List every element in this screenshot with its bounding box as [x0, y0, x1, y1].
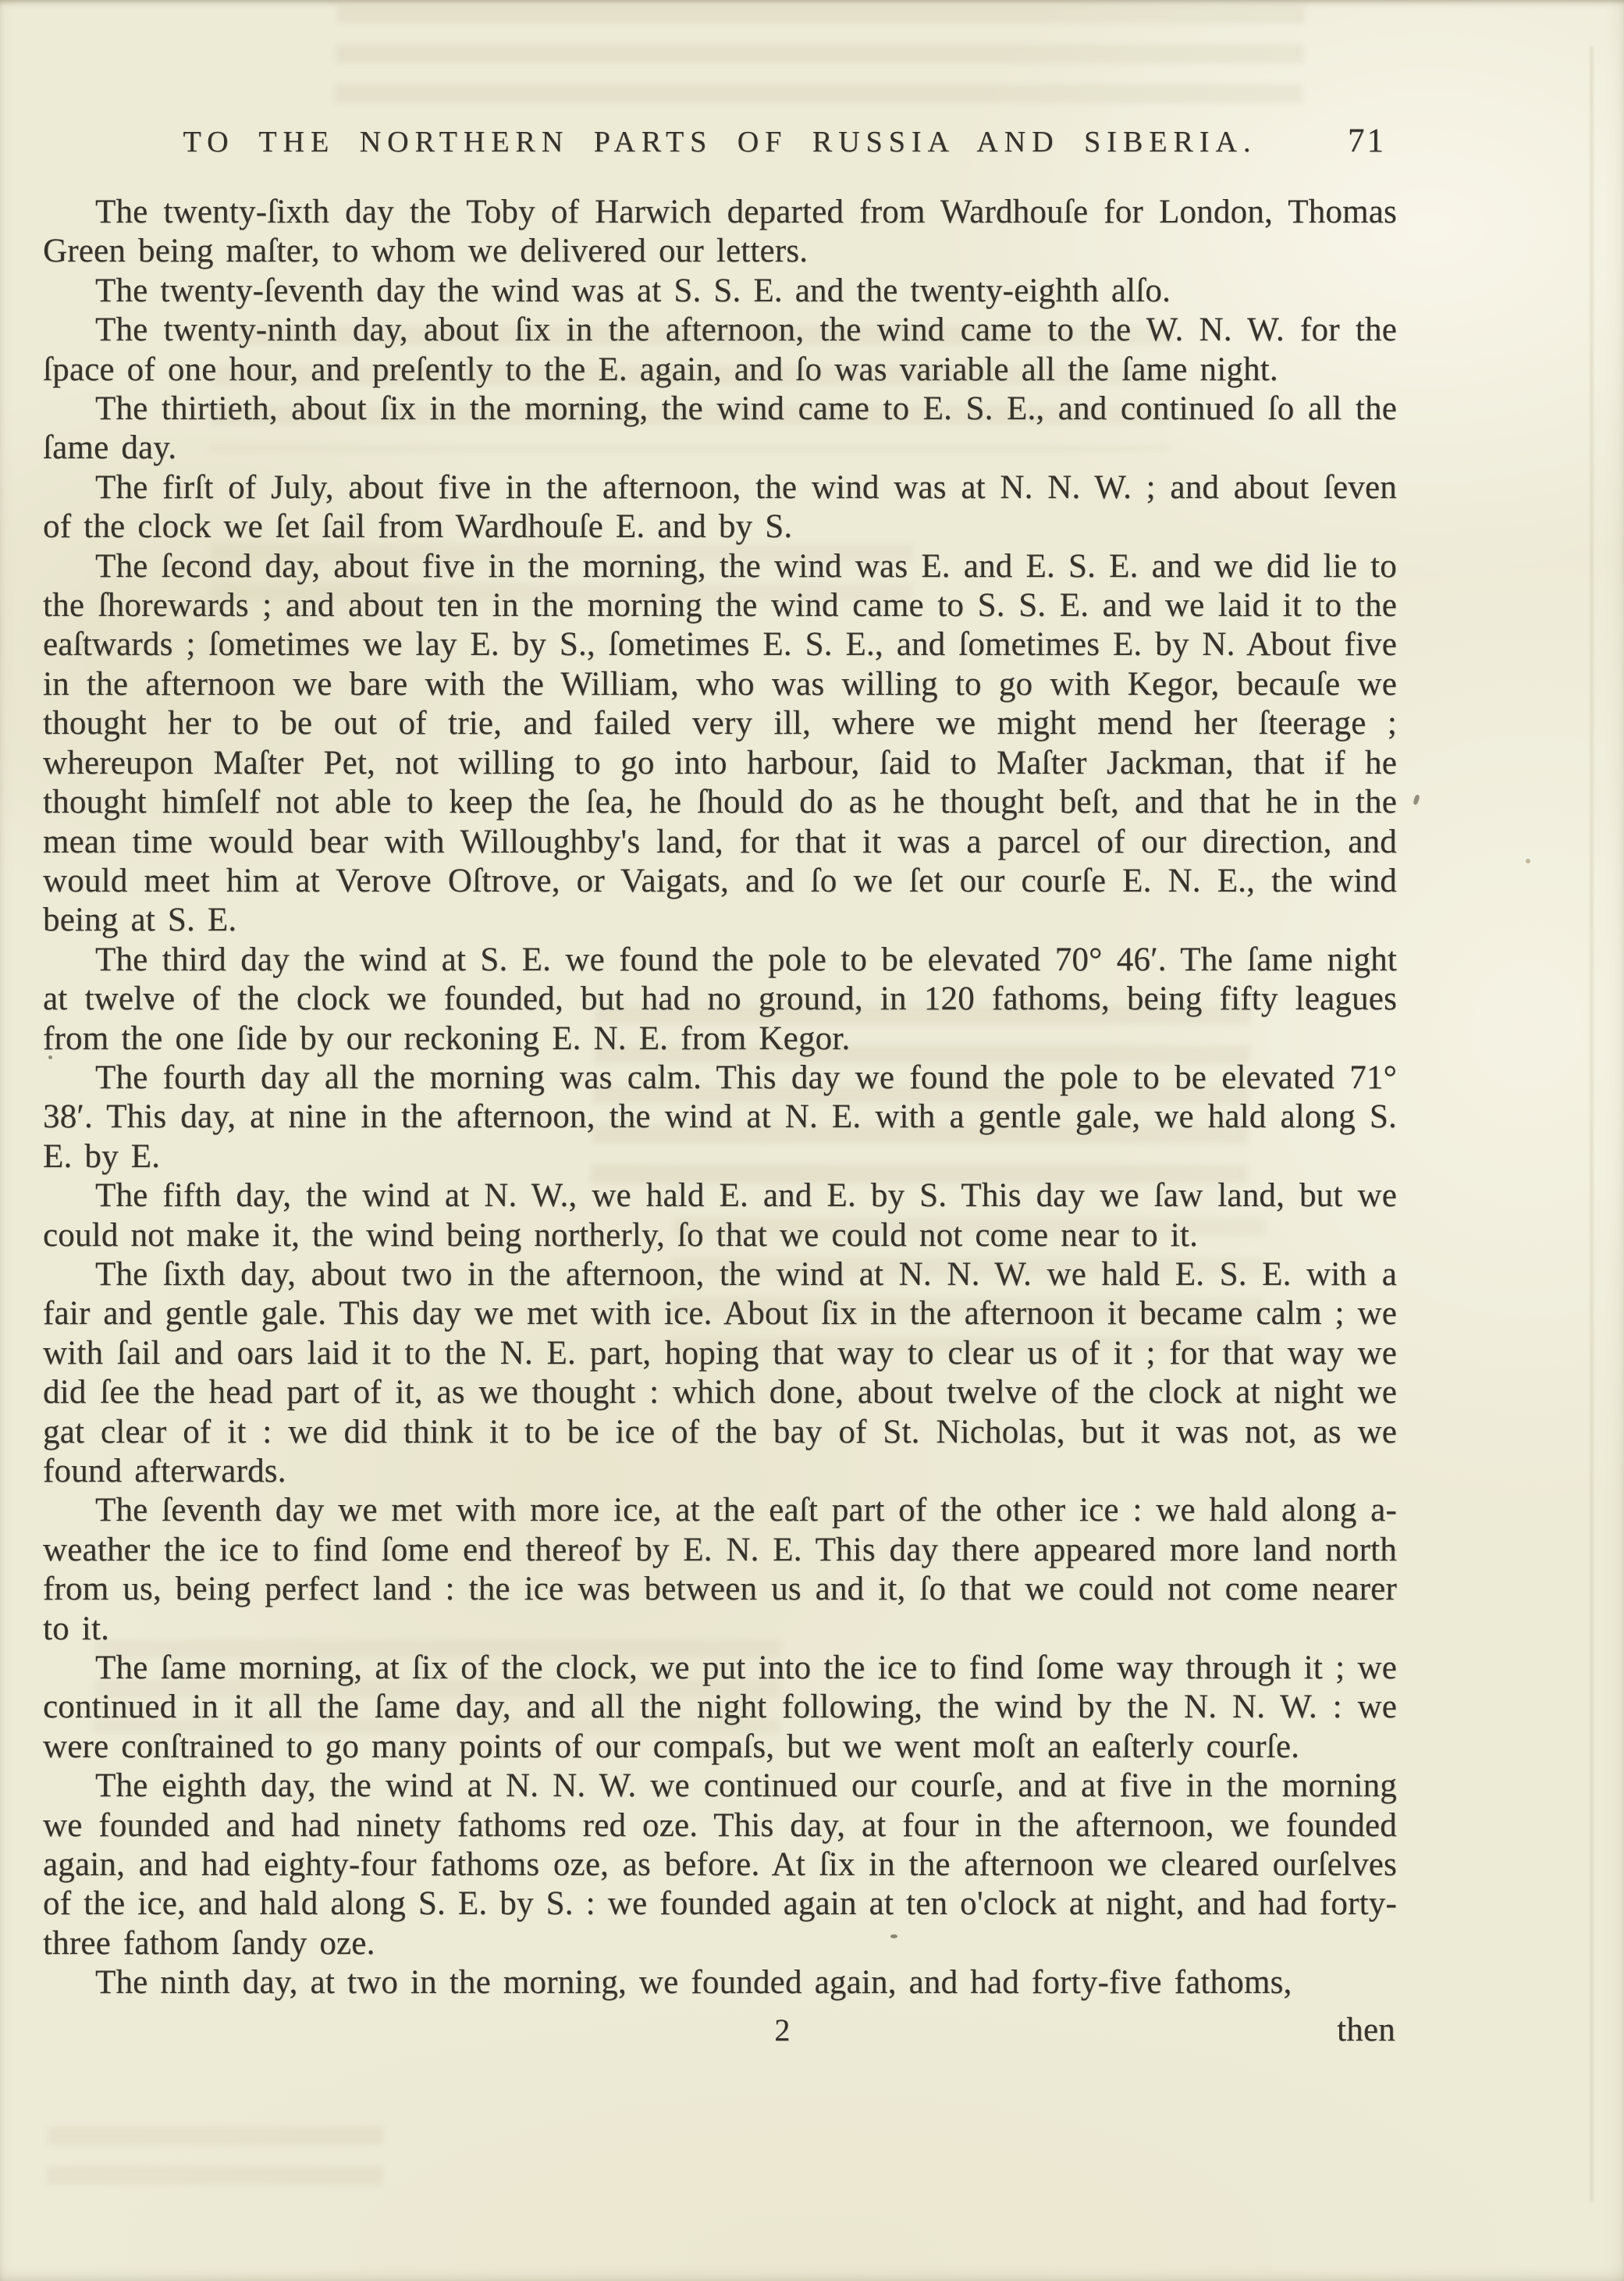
page-footer: 2 then	[43, 2011, 1397, 2053]
page-number: 71	[1348, 122, 1386, 160]
body-paragraph: The ninth day, at two in the morning, we…	[43, 1963, 1397, 2002]
body-paragraph: The firſt of July, about five in the aft…	[43, 468, 1397, 547]
body-paragraph: The ſame morning, at ſix of the clock, w…	[43, 1649, 1397, 1767]
body-paragraph: The ſixth day, about two in the afternoo…	[43, 1255, 1397, 1491]
signature-mark: 2	[649, 2011, 790, 2050]
catchword: then	[1337, 2011, 1395, 2050]
body-paragraph: The third day the wind at S. E. we found…	[43, 941, 1397, 1059]
body-paragraph: The twenty-ninth day, about ſix in the a…	[43, 311, 1397, 390]
body-paragraph: The twenty-ſixth day the Toby of Harwich…	[43, 193, 1397, 272]
body-paragraph: The fifth day, the wind at N. W., we hal…	[43, 1176, 1397, 1255]
body-paragraph: The twenty-ſeventh day the wind was at S…	[43, 272, 1397, 311]
ink-speck	[1413, 794, 1420, 805]
body-paragraph: The thirtieth, about ſix in the morning,…	[43, 390, 1397, 468]
bleed-through-ghost	[46, 2126, 384, 2204]
page-body: The twenty-ſixth day the Toby of Harwich…	[43, 193, 1397, 2053]
running-header: TO THE NORTHERN PARTS OF RUSSIA AND SIBE…	[43, 125, 1397, 159]
body-paragraph: The fourth day all the morning was calm.…	[43, 1059, 1397, 1176]
running-title: TO THE NORTHERN PARTS OF RUSSIA AND SIBE…	[183, 126, 1257, 158]
bleed-through-ghost	[334, 5, 1305, 122]
ink-speck	[1526, 859, 1530, 863]
body-paragraph: The ſecond day, about five in the mornin…	[43, 547, 1397, 941]
body-paragraph: The eighth day, the wind at N. N. W. we …	[43, 1767, 1397, 1963]
body-paragraph: The ſeventh day we met with more ice, at…	[43, 1491, 1397, 1649]
page-edge-shadow	[1590, 47, 1593, 2201]
book-page: TO THE NORTHERN PARTS OF RUSSIA AND SIBE…	[0, 0, 1624, 2281]
